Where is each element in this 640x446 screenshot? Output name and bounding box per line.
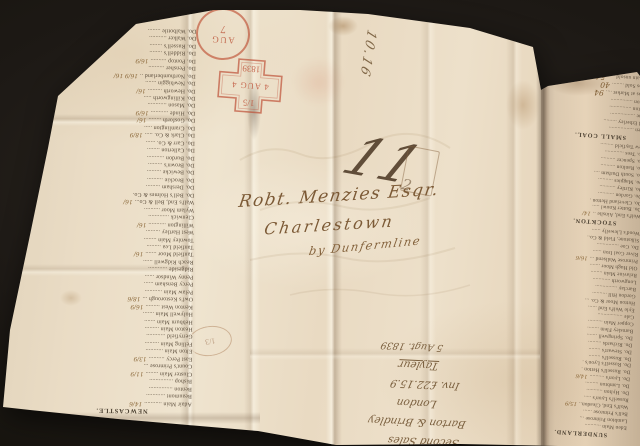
paper-stain (506, 80, 540, 130)
paper-stain (328, 16, 358, 36)
manuscript-price: 16/9 (135, 55, 148, 63)
manuscript-price: 16/9 (136, 108, 149, 116)
row-label: Gerryfield ............ (146, 331, 193, 339)
row-label: Felling Main ......... (145, 339, 193, 347)
row-label: Do. Bell's Holmes & Co. (133, 190, 195, 198)
row-label: Beaumont ............ (146, 391, 192, 399)
row-label: Wylam Moor .......... (144, 205, 194, 213)
row-label: Do. Brown's ......... (148, 160, 195, 168)
manuscript-scribble: 10.16 (357, 27, 379, 80)
manuscript-price: 18/9 (130, 130, 143, 138)
manuscript-price: 16/9 16/ (114, 70, 138, 78)
paper-shadow-wrap: NEWCASTLE. Adair Main ...........14/6Bea… (0, 0, 640, 446)
manuscript-price: 15/9 (565, 399, 577, 407)
ring-stamp-text: 1/3 (204, 336, 215, 346)
fold-crease (506, 0, 522, 446)
row-label: Townley Main ........ (144, 234, 194, 242)
manuscript-price: 54 (595, 72, 605, 80)
photo-of-folded-letter: NEWCASTLE. Adair Main ...........14/6Bea… (0, 0, 640, 446)
row-label: Tayleur (397, 358, 439, 372)
row-label: Percy Bensham ...... (144, 279, 193, 287)
row-label: Do. Newbiggin ....... (145, 78, 196, 86)
row-label: Count's Primrose ... (143, 361, 192, 369)
manuscript-price: 16/ (134, 249, 143, 257)
row-label: Do. Killingworth ..... (143, 93, 195, 101)
smallcoal-rows: Eden .................Old Etherley .....… (555, 93, 640, 134)
manuscript-price: 16/9 (130, 301, 143, 309)
sunderland-stockton-price-list: SUNDERLAND. Eden Main ...........Lambton… (534, 75, 640, 440)
cross-stamp-line2: 4 AUG 4 (231, 80, 269, 93)
datestamp-day: 7 (220, 23, 226, 35)
row-label: Do. Carr & Co. ...... (146, 137, 195, 145)
manuscript-price: 16/ (123, 197, 132, 205)
row-label: Clenwick ............. (148, 212, 194, 220)
row-label: Do. Pontop .......... (150, 56, 196, 64)
maltese-cross-paid-stamp: 1/5 4 AUG 4 1839 (212, 53, 288, 118)
row-label: Adair Main ........... (144, 398, 192, 406)
manuscript-price: 14/6 (129, 398, 142, 406)
row-label: Benton ............... (149, 384, 192, 392)
manuscript-price: 16/ (137, 219, 146, 227)
manuscript-price: 16/ (137, 115, 146, 123)
row-label: Pelaw Main ........... (145, 287, 194, 295)
manuscript-price: 14/6 (575, 372, 587, 380)
row-label: Willington ........... (148, 220, 194, 228)
sunderland-rows: Eden Main ...........Lambton Primrose ..… (535, 223, 640, 430)
row-label: Tanfield Moor ....... (145, 249, 193, 257)
row-label: Bishop ............... (149, 376, 192, 384)
row-label: Tanfield Lea ......... (146, 242, 193, 250)
row-label: Do. Gosforth ........ (148, 115, 195, 123)
row-label: Owl's Kestorough ... (142, 294, 193, 302)
price-row: Do. Walbottle ........ (56, 25, 196, 34)
row-label: Heaton Main ......... (145, 324, 193, 332)
stockton-rows: Wolf's End, Ainslie ..14/Do. Butter Know… (549, 137, 640, 219)
row-label: Cluster Main ........ (145, 369, 192, 377)
row-label: Do. Walker ........... (149, 33, 196, 41)
row-label: Do. Walbottle ........ (148, 26, 197, 34)
row-label: Do. Dersham ......... (146, 182, 195, 190)
row-label: Elton Main ........... (145, 346, 192, 354)
manuscript-price: 11/9 (130, 368, 143, 376)
manuscript-price: 18/6 (127, 294, 140, 302)
newcastle-price-list: NEWCASTLE. Adair Main ...........14/6Bea… (52, 15, 197, 417)
address-block: Robt. Menzies Esqr. Charlestown by Dunfe… (238, 176, 502, 259)
manuscript-price: 13/9 (133, 354, 146, 362)
row-label: Do. Mason ............ (147, 100, 195, 108)
manuscript-price: 16/ (136, 85, 145, 93)
manuscript-price: 16/6 (576, 253, 588, 261)
row-label: Hebburn Main ....... (144, 316, 193, 324)
row-label: Do. Cramlington ..... (144, 123, 195, 131)
row-label: Holywell Main ....... (143, 309, 193, 317)
row-label: Do. Pensher .......... (148, 63, 196, 71)
cross-stamp-line3: 1839 (241, 63, 260, 74)
row-label: East Percy .......... (148, 354, 192, 362)
row-label: Do. Heworth ......... (148, 85, 196, 93)
datestamp-month: AUG (210, 34, 234, 45)
row-label: Second Sales (387, 434, 460, 446)
manuscript-price: 14/ (582, 209, 591, 217)
row-label: Wall's End, Bell & Co... (135, 197, 195, 205)
docket-notes: Second SalesBarton & BrindleyLondonInv. … (319, 317, 471, 446)
row-label: Do. Hinde ........... (151, 108, 196, 116)
row-label: London (395, 396, 437, 410)
row-label: Do. Brockie .......... (147, 175, 195, 183)
row-label: Penny Windsor ...... (145, 272, 194, 280)
row-label: Do. Burdon ........... (147, 152, 195, 160)
section-header-newcastle: NEWCASTLE. (52, 406, 192, 415)
row-label: Do. Callerton ........ (147, 145, 195, 153)
row-label: Do. Northumberland .. (140, 70, 196, 78)
row-label: Ridgeside ............ (148, 264, 193, 272)
row-label: Do. Clark & Co. ..... (145, 130, 195, 138)
letter-sheet: NEWCASTLE. Adair Main ...........14/6Bea… (0, 0, 640, 446)
faint-ring-stamp: 1/3 (186, 323, 234, 359)
row-label: Kenton West ......... (145, 301, 193, 309)
row-label: Do. Bewicke ......... (147, 167, 195, 175)
row-label: Do. Russell's ........ (149, 41, 196, 49)
manuscript-price: 40 (600, 81, 610, 89)
cross-stamp-line1: 1/5 (242, 97, 255, 108)
row-label: Reach Ridgwell ...... (143, 257, 194, 265)
red-ink-offset-smudge (292, 58, 346, 106)
row-label: Do. Riddell's ........ (149, 48, 196, 56)
newcastle-rows: Adair Main ...........14/6Beaumont .....… (52, 25, 197, 407)
row-label: West Hartley ......... (146, 227, 194, 235)
